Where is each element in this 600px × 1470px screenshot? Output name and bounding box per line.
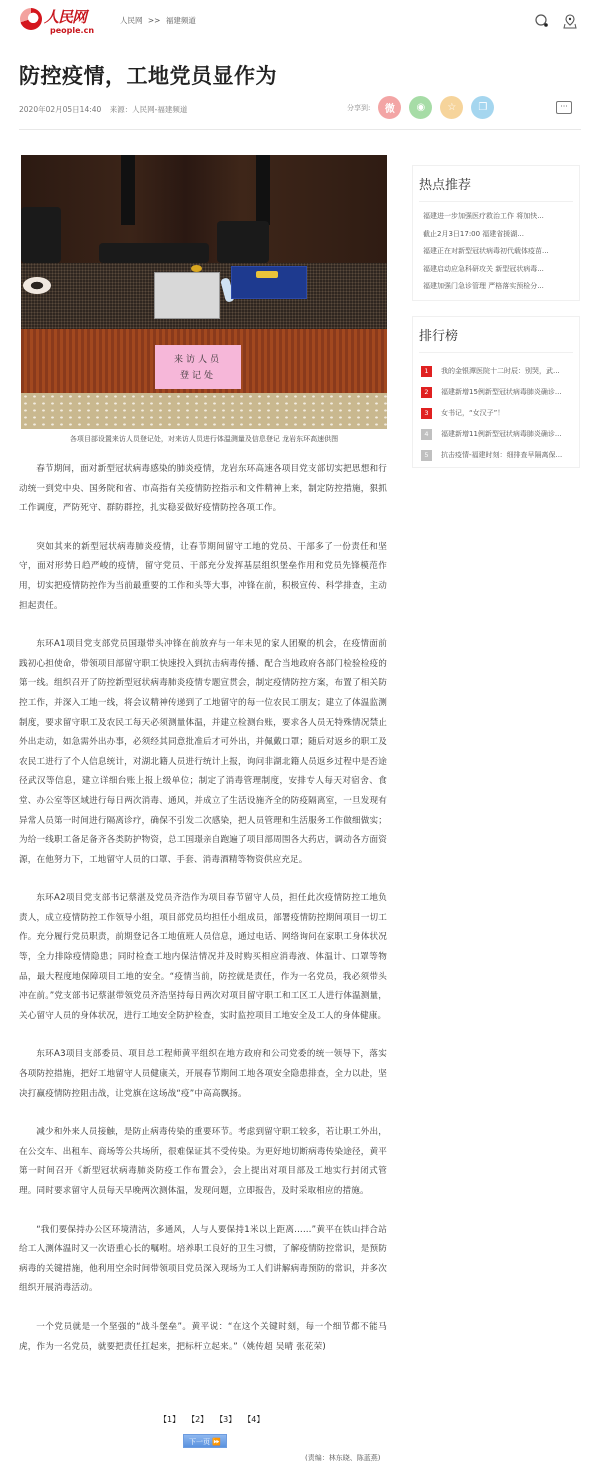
photo-clipboard [154, 272, 220, 319]
article-paragraph: “我们要保持办公区环境清洁，多通风，人与人要保持1米以上距离……”黄平在铁山拌合… [19, 1221, 387, 1299]
article-paragraph: 突如其来的新型冠状病毒肺炎疫情，让春节期间留守工地的党员、干部多了一份责任和坚守… [19, 538, 387, 616]
article-paragraph: 东环A3项目支部委员、项目总工程师黄平组织在地方政府和公司党委的统一领导下，落实… [19, 1045, 387, 1104]
article-body: 春节期间，面对新型冠状病毒感染的肺炎疫情，龙岩东环高速各项目党支部切实把思想和行… [19, 460, 387, 1376]
rank-link[interactable]: 福建新增15例新型冠状病毒肺炎确诊... [441, 387, 562, 397]
rank-badge: 4 [421, 429, 432, 440]
search-icon[interactable] [534, 13, 550, 33]
logo-text-cn: 人民网 [44, 6, 86, 27]
article-paragraph: 减少和外来人员接触，是防止病毒传染的重要环节。考虑到留守职工较多，若让职工外出，… [19, 1123, 387, 1201]
share-wechat-button[interactable]: ◉ [409, 96, 432, 119]
ranking-card: 排行榜 1 我的金银潭医院十二时辰：别哭，武... 2 福建新增15例新型冠状病… [412, 316, 580, 468]
photo-tape [23, 277, 51, 294]
share-bar: 分享到: 微 ◉ ☆ ❐ [347, 96, 502, 119]
ranking-item[interactable]: 1 我的金银潭医院十二时辰：别哭，武... [421, 362, 571, 380]
ranking-item[interactable]: 4 福建新增11例新型冠状病毒肺炎确诊... [421, 425, 571, 443]
article-paragraph: 东环A2项目党支部书记蔡湛及党员齐浩作为项目春节留守人员，担任此次疫情防控工地负… [19, 889, 387, 1026]
rank-badge: 5 [421, 450, 432, 461]
logo-text-en: people.cn [50, 26, 94, 35]
page-link-2[interactable]: 【2】 [187, 1414, 208, 1425]
editor-credit: (责编：林东晓、陈蓝燕) [305, 1453, 380, 1463]
page-link-1[interactable]: 【1】 [159, 1414, 180, 1425]
ranking-item[interactable]: 5 抗击疫情-福建时刻：细排查早隔离保... [421, 446, 571, 464]
article-photo: 来访人员 登记处 [21, 155, 387, 429]
publish-datetime: 2020年02月05日14:40 [19, 105, 101, 114]
sign-line-2: 登记处 [155, 368, 241, 384]
logo-swirl-icon [20, 8, 42, 30]
hot-item[interactable]: 截止2月3日17:00 福建省援湖... [423, 226, 569, 244]
hot-recommend-title: 热点推荐 [419, 174, 573, 202]
copy-icon: ❐ [478, 102, 487, 113]
article-meta: 2020年02月05日14:40 来源：人民网-福建频道 [19, 104, 193, 115]
page-link-4[interactable]: 【4】 [243, 1414, 264, 1425]
rank-badge: 2 [421, 387, 432, 398]
article-title: 防控疫情，工地党员显作为 [19, 60, 277, 90]
article-paragraph: 春节期间，面对新型冠状病毒感染的肺炎疫情，龙岩东环高速各项目党支部切实把思想和行… [19, 460, 387, 519]
photo-chair [21, 207, 61, 263]
hot-item[interactable]: 福建启动应急科研攻关 新型冠状病毒... [423, 261, 569, 279]
hot-item[interactable]: 福建进一步加强医疗救治工作 将加快... [423, 208, 569, 226]
pagination: 【1】 【2】 【3】 【4】 [159, 1414, 264, 1425]
rank-link[interactable]: 我的金银潭医院十二时辰：别哭，武... [441, 366, 560, 376]
copy-link-button[interactable]: ❐ [471, 96, 494, 119]
star-icon: ☆ [447, 102, 456, 113]
article-paragraph: 东环A1项目党支部党员国璟带头冲锋在前放弃与一年未见的家人团聚的机会，在疫情面前… [19, 635, 387, 870]
rank-badge: 3 [421, 408, 432, 419]
photo-tissue-box [231, 266, 307, 299]
share-weibo-button[interactable]: 微 [378, 96, 401, 119]
photo-caption: 各项目部设置来访人员登记处，对来访人员进行体温测量及信息登记 龙岩东环高速供图 [21, 434, 387, 444]
rank-link[interactable]: 抗击疫情-福建时刻：细排查早隔离保... [441, 450, 562, 460]
photo-bell [191, 265, 202, 272]
page-link-3[interactable]: 【3】 [215, 1414, 236, 1425]
photo-floor [21, 393, 387, 429]
wechat-icon: ◉ [416, 102, 425, 113]
ranking-list: 1 我的金银潭医院十二时辰：别哭，武... 2 福建新增15例新型冠状病毒肺炎确… [413, 353, 579, 464]
article-source[interactable]: 来源：人民网-福建频道 [110, 105, 188, 114]
ranking-title: 排行榜 [419, 325, 573, 353]
article-paragraph: 一个党员就是一个坚强的“战斗堡垒”。黄平说：“在这个关键时刻，每一个细节都不能马… [19, 1318, 387, 1357]
ranking-item[interactable]: 3 女书记，“女汉子”！ [421, 404, 571, 422]
breadcrumb-home[interactable]: 人民网 [120, 16, 143, 25]
next-page-button[interactable]: 下一页 ⏩ [183, 1434, 227, 1448]
weibo-icon: 微 [385, 100, 395, 115]
breadcrumb-separator: >> [148, 16, 161, 25]
breadcrumb-channel[interactable]: 福建频道 [166, 16, 196, 25]
rank-link[interactable]: 女书记，“女汉子”！ [441, 408, 504, 418]
photo-pillar [256, 155, 270, 225]
share-label: 分享到: [347, 103, 370, 113]
photo-monitor [99, 243, 209, 263]
favorite-button[interactable]: ☆ [440, 96, 463, 119]
hot-item[interactable]: 福建正在对新型冠状病毒初代载体疫苗... [423, 243, 569, 261]
comment-icon[interactable]: ··· [556, 101, 572, 114]
hot-recommend-card: 热点推荐 福建进一步加强医疗救治工作 将加快... 截止2月3日17:00 福建… [412, 165, 580, 301]
top-bar: 人民网 people.cn 人民网 >> 福建频道 [0, 0, 600, 42]
sign-line-1: 来访人员 [155, 352, 241, 368]
location-icon[interactable] [562, 13, 578, 33]
people-cn-logo[interactable]: 人民网 people.cn [20, 6, 90, 38]
photo-pillar [121, 155, 135, 225]
rank-link[interactable]: 福建新增11例新型冠状病毒肺炎确诊... [441, 429, 562, 439]
top-icons [534, 13, 578, 33]
rank-badge: 1 [421, 366, 432, 377]
hot-list: 福建进一步加强医疗救治工作 将加快... 截止2月3日17:00 福建省援湖..… [413, 202, 579, 296]
header-divider [19, 129, 581, 130]
photo-sign: 来访人员 登记处 [155, 345, 241, 389]
breadcrumb: 人民网 >> 福建频道 [120, 15, 199, 26]
ranking-item[interactable]: 2 福建新增15例新型冠状病毒肺炎确诊... [421, 383, 571, 401]
hot-item[interactable]: 福建加强门急诊管理 严格落实预检分... [423, 278, 569, 296]
photo-chair [217, 221, 269, 263]
